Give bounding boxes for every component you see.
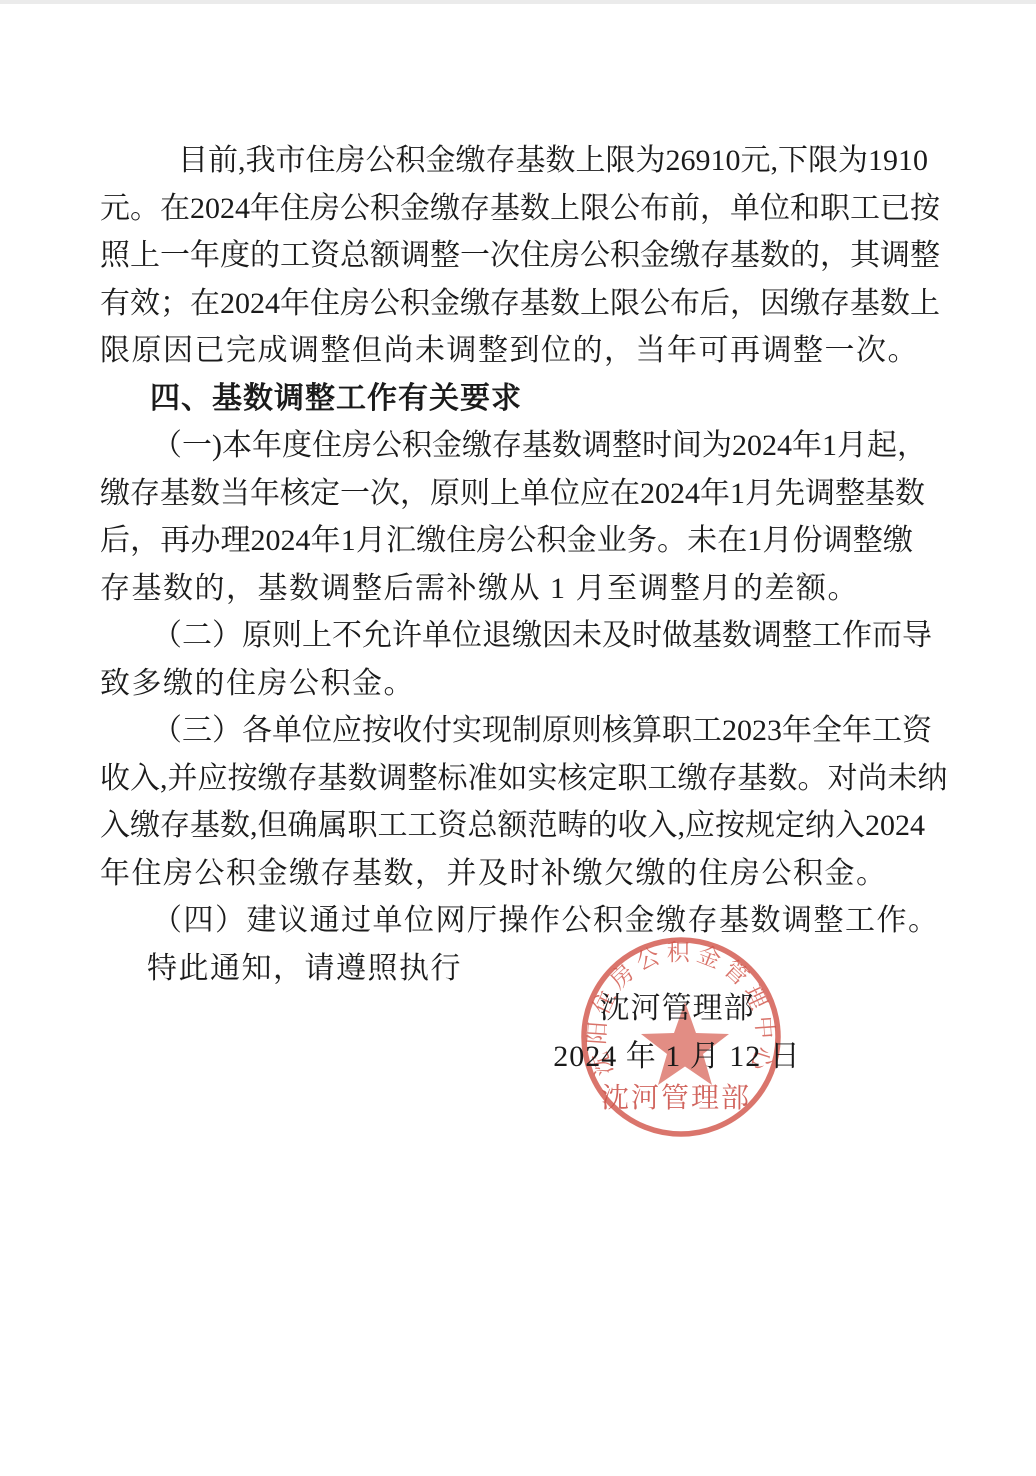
text-line: 元。在 2024 年住房公积金缴存基数上限公布前，单位和职工已按 [100, 185, 913, 233]
text-line: 目前,我市住房公积金缴存基数上限为 26910 元,下限为 1910 [100, 137, 913, 185]
seal-department-text: 沈河管理部 [601, 1082, 751, 1114]
text-line: 缴存基数当年核定一次，原则上单位应在 2024 年 1 月先调整基数 [100, 470, 913, 518]
text-line: 入缴存基数,但确属职工工资总额范畴的收入,应按规定纳入 2024 [100, 802, 913, 850]
text-line: （一)本年度住房公积金缴存基数调整时间为 2024 年 1 月起， [100, 422, 913, 470]
signature-department: 沈河管理部 [477, 985, 877, 1033]
text-line: 限原因已完成调整但尚未调整到位的，当年可再调整一次。 [100, 327, 913, 375]
page-top-edge [0, 0, 1036, 4]
text-line: 照上一年度的工资总额调整一次住房公积金缴存基数的，其调整 [100, 232, 913, 280]
document-body: 目前,我市住房公积金缴存基数上限为 26910 元,下限为 1910元。在 20… [100, 137, 913, 992]
text-line: 收入,并应按缴存基数调整标准如实核定职工缴存基数。对尚未纳 [100, 755, 913, 803]
text-line: （四）建议通过单位网厅操作公积金缴存基数调整工作。 [100, 897, 913, 945]
text-line: 后，再办理 2024 年 1 月汇缴住房公积金业务。未在 1 月份调整缴 [100, 517, 913, 565]
section-heading: 四、基数调整工作有关要求 [100, 375, 913, 423]
text-line: 致多缴的住房公积金。 [100, 660, 913, 708]
signature-date: 2024 年 1 月 12 日 [477, 1033, 877, 1081]
text-line: （二）原则上不允许单位退缴因未及时做基数调整工作而导 [100, 612, 913, 660]
text-line: （三）各单位应按收付实现制原则核算职工 2023 年全年工资 [100, 707, 913, 755]
text-line: 有效；在 2024 年住房公积金缴存基数上限公布后，因缴存基数上 [100, 280, 913, 328]
text-line: 存基数的，基数调整后需补缴从 1 月至调整月的差额。 [100, 565, 913, 613]
text-line: 年住房公积金缴存基数，并及时补缴欠缴的住房公积金。 [100, 850, 913, 898]
signature-block: 沈河管理部 2024 年 1 月 12 日 [477, 985, 877, 1080]
